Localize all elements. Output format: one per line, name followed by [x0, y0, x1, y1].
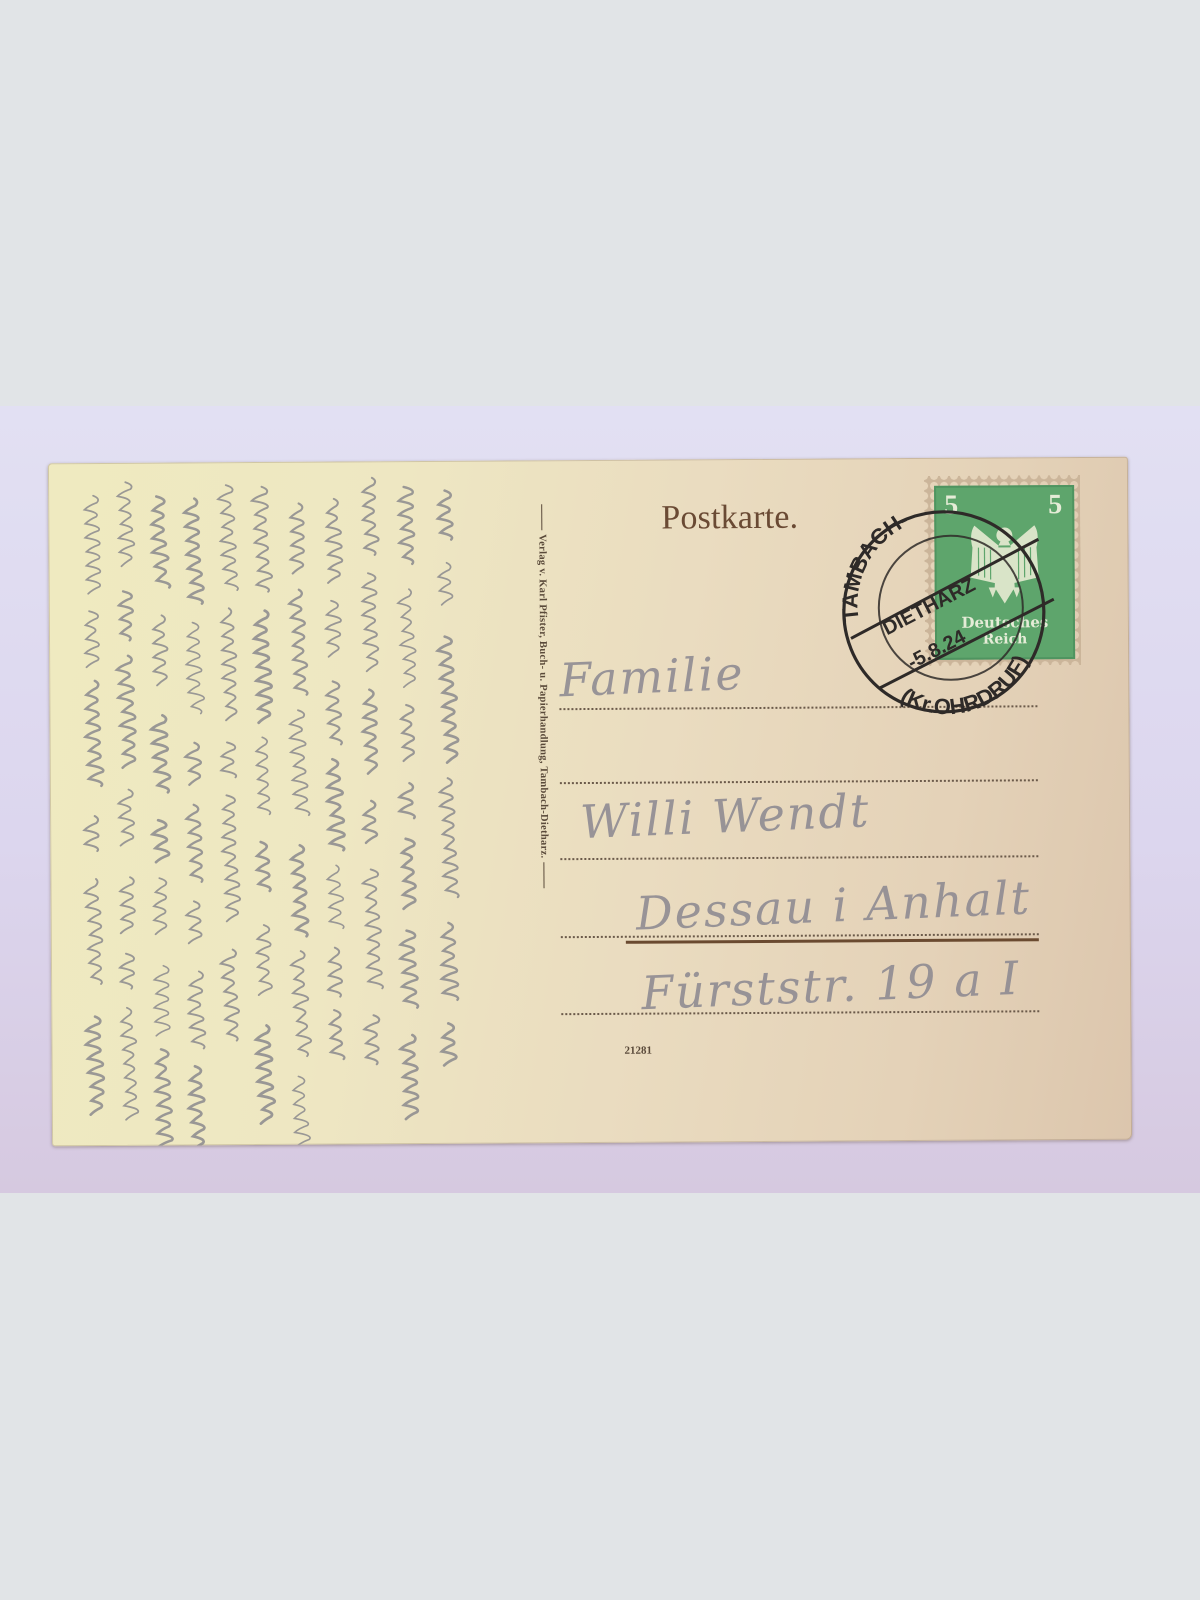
postmark-date: -5.8.24 — [904, 625, 970, 674]
address-recipient-line1: Familie — [558, 646, 745, 708]
postcard: Verlag v. Karl Pfister, Buch- u. Papierh… — [48, 457, 1132, 1147]
svg-text:TAMBACH-: TAMBACH- — [837, 506, 913, 622]
postmark-town: TAMBACH- — [837, 506, 913, 622]
postcard-title: Postkarte. — [661, 499, 798, 538]
postmark-town-2: DIETHARZ — [879, 574, 979, 640]
postmark-cancellation: TAMBACH- DIETHARZ -5.8.24 (Kr.OHRDRUF) — [828, 489, 1059, 720]
print-number: 21281 — [624, 1045, 652, 1057]
